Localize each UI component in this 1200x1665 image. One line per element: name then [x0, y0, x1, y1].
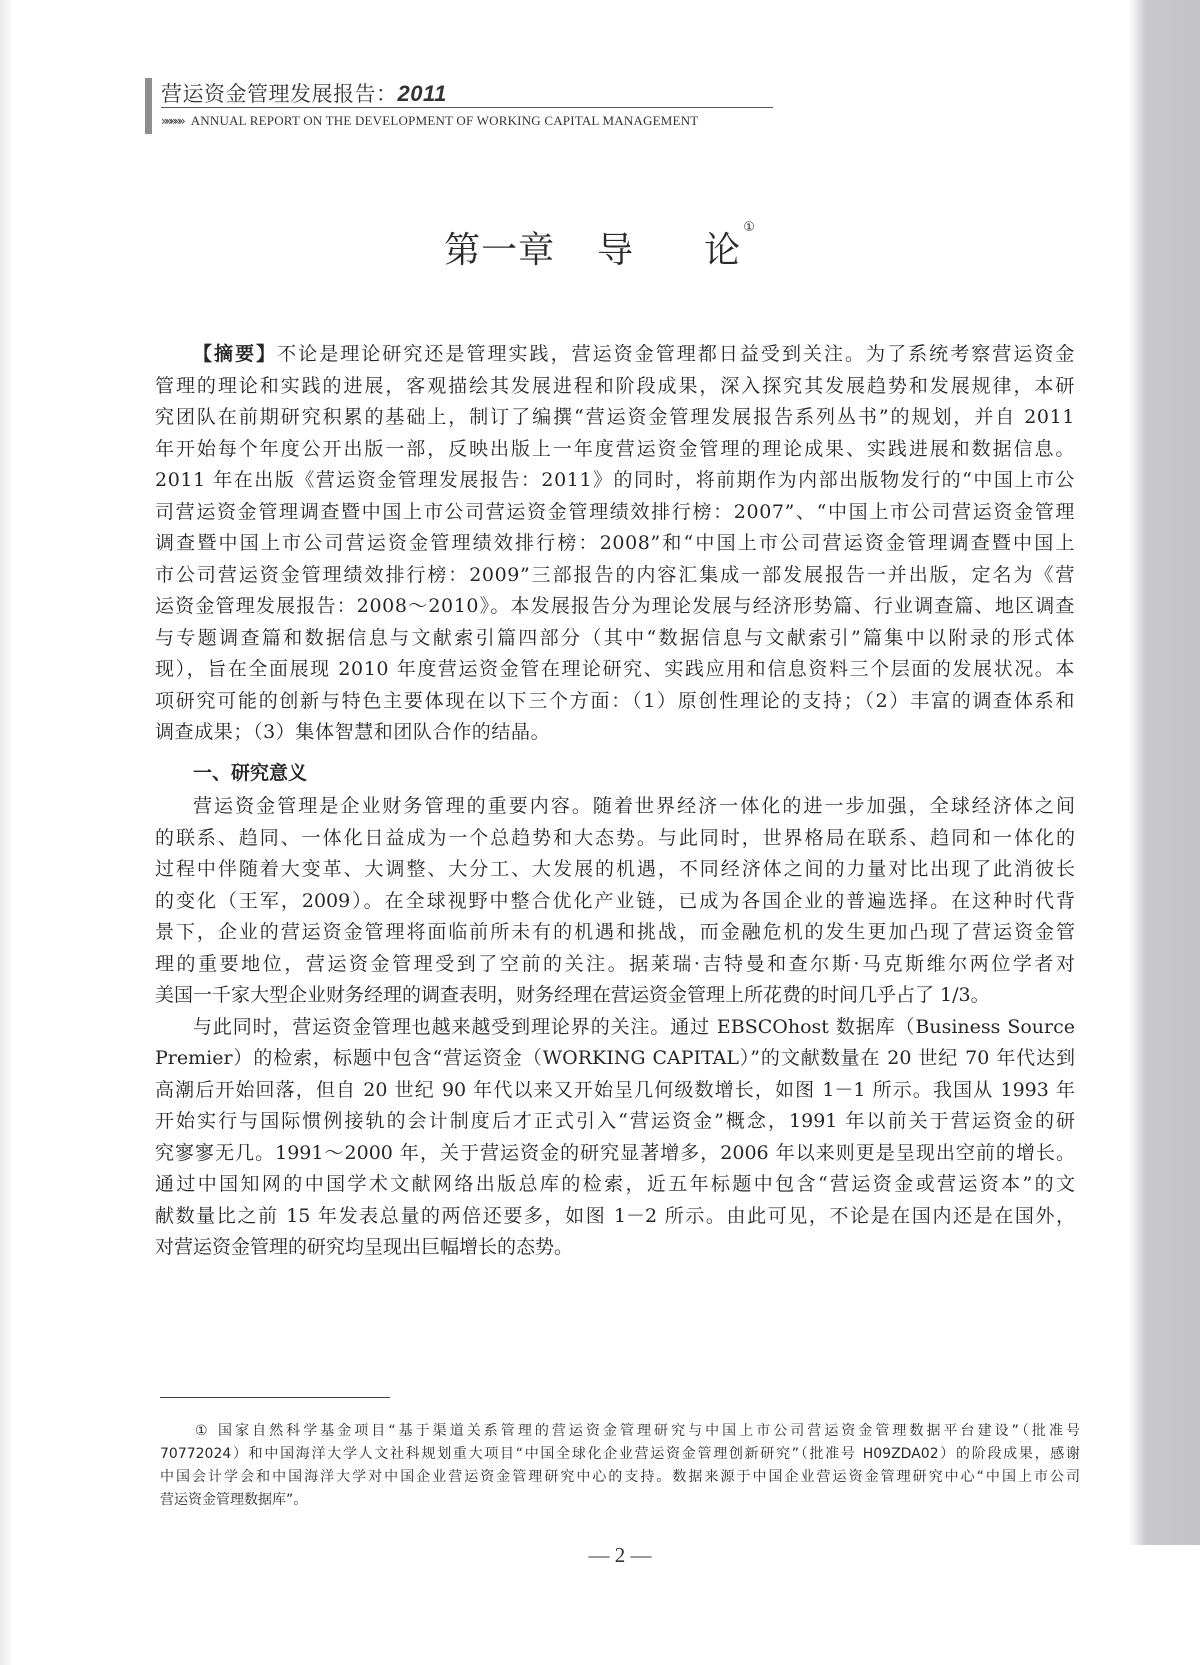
abstract-line: 与专题调查篇和数据信息与文献索引篇四部分（其中“数据信息与文献索引”篇集中以附录…	[155, 623, 1075, 655]
abstract-line: 现），旨在全面展现 2010 年度营运资金管在理论研究、实践应用和信息资料三个层…	[155, 654, 1075, 686]
body-line: 过程中伴随着大变革、大调整、大分工、大发展的机遇，不同经济体之间的力量对比出现了…	[155, 854, 1075, 886]
body-line: 对营运资金管理的研究均呈现出巨幅增长的态势。	[155, 1232, 1075, 1264]
body-line: 高潮后开始回落，但自 20 世纪 90 年代以来又开始呈几何级数增长，如图 1－…	[155, 1075, 1075, 1107]
abstract-line: 司营运资金管理调查暨中国上市公司营运资金管理绩效排行榜：2007”、“中国上市公…	[155, 497, 1075, 529]
paragraph-1: 营运资金管理是企业财务管理的重要内容。随着世界经济一体化的进一步加强，全球经济体…	[155, 791, 1075, 1012]
footnote-line: 中国会计学会和中国海洋大学对中国企业营运资金管理研究中心的支持。数据来源于中国企…	[160, 1466, 1080, 1489]
running-header: 营运资金管理发展报告：2011 »»»»»ANNUAL REPORT ON TH…	[145, 76, 775, 136]
body-text: 营运资金管理是企业财务管理的重要内容。随着世界经济一体化的进一步加强，全球经济体…	[155, 791, 1075, 1264]
body-line: 营运资金管理是企业财务管理的重要内容。随着世界经济一体化的进一步加强，全球经济体…	[155, 791, 1075, 823]
abstract-line: 市公司营运资金管理绩效排行榜：2009”三部报告的内容汇集成一部发展报告一并出版…	[155, 560, 1075, 592]
footnote: ① 国家自然科学基金项目“基于渠道关系管理的营运资金管理研究与中国上市公司营运资…	[160, 1420, 1080, 1512]
footnote-line: ① 国家自然科学基金项目“基于渠道关系管理的营运资金管理研究与中国上市公司营运资…	[160, 1420, 1080, 1443]
body-line: Premier）的检索，标题中包含“营运资金（WORKING CAPITAL）”…	[155, 1043, 1075, 1075]
page-number: — 2 —	[0, 1543, 1200, 1568]
section-heading: 一、研究意义	[193, 758, 307, 785]
abstract-line: 项研究可能的创新与特色主要体现在以下三个方面：（1）原创性理论的支持；（2）丰富…	[155, 686, 1075, 718]
abstract-line: 调查暨中国上市公司营运资金管理绩效排行榜：2008”和“中国上市公司营运资金管理…	[155, 528, 1075, 560]
body-line: 景下，企业的营运资金管理将面临前所未有的机遇和挑战，而金融危机的发生更加凸现了营…	[155, 917, 1075, 949]
body-line: 美国一千家大型企业财务经理的调查表明，财务经理在营运资金管理上所花费的时间几乎占…	[155, 980, 1075, 1012]
body-line: 通过中国知网的中国学术文献网络出版总库的检索，近五年标题中包含“营运资金或营运资…	[155, 1169, 1075, 1201]
abstract-line: 管理的理论和实践的进展，客观描绘其发展进程和阶段成果，深入探究其发展趋势和发展规…	[155, 371, 1075, 403]
body-line: 的联系、趋同、一体化日益成为一个总趋势和大态势。与此同时，世界格局在联系、趋同和…	[155, 823, 1075, 855]
body-line: 的变化（王军，2009）。在全球视野中整合优化产业链，已成为各国企业的普遍选择。…	[155, 886, 1075, 918]
running-header-title-en: ANNUAL REPORT ON THE DEVELOPMENT OF WORK…	[191, 113, 699, 128]
abstract-line: 调查成果；（3）集体智慧和团队合作的结晶。	[155, 717, 1075, 749]
running-header-subtitle: »»»»»ANNUAL REPORT ON THE DEVELOPMENT OF…	[161, 113, 698, 129]
abstract-line: 【摘要】不论是理论研究还是管理实践，营运资金管理都日益受到关注。为了系统考察营运…	[155, 339, 1075, 371]
abstract-line: 年开始每个年度公开出版一部，反映出版上一年度营运资金管理的理论成果、实践进展和数…	[155, 434, 1075, 466]
chapter-name-2: 论	[704, 230, 741, 271]
body-line: 究寥寥无几。1991～2000 年，关于营运资金的研究显著增多，2006 年以来…	[155, 1138, 1075, 1170]
footnote-separator	[160, 1397, 390, 1398]
abstract-tag: 【摘要】	[193, 343, 277, 365]
chapter-name-1: 导	[597, 230, 634, 271]
running-header-year: 2011	[398, 81, 447, 106]
chevrons-icon: »»»»»	[161, 114, 183, 128]
chapter-title: 第一章导论①	[0, 222, 1200, 273]
body-line: 开始实行与国际惯例接轨的会计制度后才正式引入“营运资金”概念，1991 年以前关…	[155, 1106, 1075, 1138]
header-side-bar	[145, 78, 152, 134]
chapter-number: 第一章	[444, 230, 555, 271]
paragraph-2: 与此同时，营运资金管理也越来越受到理论界的关注。通过 EBSCOhost 数据库…	[155, 1012, 1075, 1264]
abstract-line: 2011 年在出版《营运资金管理发展报告：2011》的同时，将前期作为内部出版物…	[155, 465, 1075, 497]
body-line: 与此同时，营运资金管理也越来越受到理论界的关注。通过 EBSCOhost 数据库…	[155, 1012, 1075, 1044]
abstract-line: 运资金管理发展报告：2008～2010》。本发展报告分为理论发展与经济形势篇、行…	[155, 591, 1075, 623]
body-line: 献数量比之前 15 年发表总量的两倍还要多，如图 1－2 所示。由此可见，不论是…	[155, 1201, 1075, 1233]
abstract: 【摘要】不论是理论研究还是管理实践，营运资金管理都日益受到关注。为了系统考察营运…	[155, 339, 1075, 749]
footnote-line: 70772024）和中国海洋大学人文社科规划重大项目“中国全球化企业营运资金管理…	[160, 1443, 1080, 1466]
abstract-line: 究团队在前期研究积累的基础上，制订了编撰“营运资金管理发展报告系列丛书”的规划，…	[155, 402, 1075, 434]
footnote-ref[interactable]: ①	[743, 220, 756, 235]
header-rule	[161, 107, 773, 108]
running-header-title-cn: 营运资金管理发展报告：	[161, 82, 398, 106]
footnote-line: 营运资金管理数据库”。	[160, 1489, 1080, 1512]
body-line: 理的重要地位，营运资金管理受到了空前的关注。据莱瑞·吉特曼和查尔斯·马克斯维尔两…	[155, 949, 1075, 981]
running-header-title: 营运资金管理发展报告：2011	[161, 78, 447, 108]
